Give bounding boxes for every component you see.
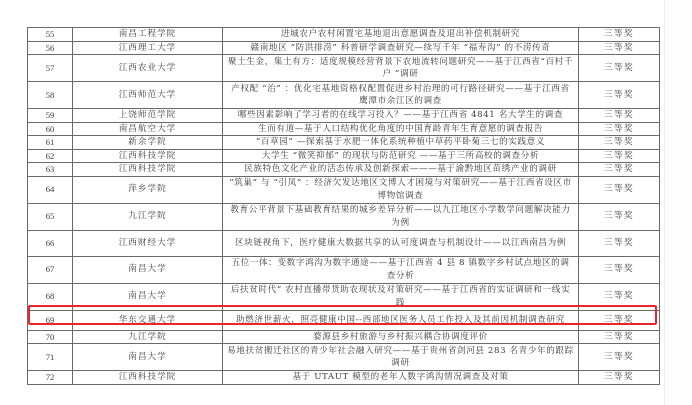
row-number: 60 bbox=[28, 122, 73, 136]
row-number: 72 bbox=[28, 371, 73, 385]
project-title: 助燃济世薪火，照亮健康中国--西部地区医务人员工作投入及其前因机制调查研究 bbox=[223, 310, 579, 330]
project-title: “筑巢” 与 “引凤” ：经济欠发达地区文博人才困境与对策研究——基于江西省设区… bbox=[223, 176, 579, 203]
school-name: 华东交通大学 bbox=[73, 310, 223, 330]
award-level: 三等奖 bbox=[579, 122, 660, 136]
project-title: 后扶贫时代” 农村直播带货助农现状及对策研究——基于江西省的实证调研和一线实践 bbox=[223, 283, 579, 310]
page-edge bbox=[664, 0, 692, 405]
row-number: 61 bbox=[28, 136, 73, 150]
school-name: 九江学院 bbox=[73, 330, 223, 344]
table-row: 71南昌大学易地扶贫搬迁社区的青少年社会融入研究——基于贵州省剑河县 283 名… bbox=[28, 344, 660, 371]
school-name: 萍乡学院 bbox=[73, 176, 223, 203]
row-number: 67 bbox=[28, 256, 73, 283]
table-row: 59上饶师范学院哪些因素影响了学习者的在线学习投入？——基于江西省 4841 名… bbox=[28, 109, 660, 123]
row-number: 69 bbox=[28, 310, 73, 330]
row-number: 56 bbox=[28, 41, 73, 55]
table-row: 67南昌大学五位一体：变数字鸿沟为数字通途——基于江西省 4 县 8 镇数字乡村… bbox=[28, 256, 660, 283]
table-row: 58江西师范大学产权配 “治” ：优化宅基地资格权配置促进乡村治理的可行路径研究… bbox=[28, 82, 660, 109]
award-level: 三等奖 bbox=[579, 149, 660, 163]
table-row: 55南昌工程学院进城农户农村闲置宅基地退出意愿调查及退出补偿机制研究三等奖 bbox=[28, 28, 660, 42]
table-row: 64萍乡学院“筑巢” 与 “引凤” ：经济欠发达地区文博人才困境与对策研究——基… bbox=[28, 176, 660, 203]
award-level: 三等奖 bbox=[579, 371, 660, 385]
row-number: 58 bbox=[28, 82, 73, 109]
award-level: 三等奖 bbox=[579, 163, 660, 177]
project-title: 基于 UTAUT 模型的老年人数字鸿沟情况调查及对策 bbox=[223, 371, 579, 385]
school-name: 江西农业大学 bbox=[73, 55, 223, 82]
table-row: 66江西财经大学区块链视角下，医疗健康大数据共享的认可度调查与机制设计——以江西… bbox=[28, 230, 660, 256]
school-name: 新余学院 bbox=[73, 136, 223, 150]
award-level: 三等奖 bbox=[579, 203, 660, 230]
project-title: 易地扶贫搬迁社区的青少年社会融入研究——基于贵州省剑河县 283 名青少年的跟踪… bbox=[223, 344, 579, 371]
row-number: 68 bbox=[28, 283, 73, 310]
award-level: 三等奖 bbox=[579, 82, 660, 109]
row-number: 70 bbox=[28, 330, 73, 344]
school-name: 江西财经大学 bbox=[73, 230, 223, 256]
award-level: 三等奖 bbox=[579, 256, 660, 283]
project-title: 民族特色文化产业的活态传承及创新探索———基于渝黔地区苗绣产业的调研 bbox=[223, 163, 579, 177]
project-title: 生而有道—基于人口结构优化角度的中国育龄青年生育意愿的调查报告 bbox=[223, 122, 579, 136]
row-number: 55 bbox=[28, 28, 73, 42]
award-level: 三等奖 bbox=[579, 283, 660, 310]
project-title: 教育公平背景下基础教育结果的城乡差异分析——以九江地区小学数学问题解决能力为例 bbox=[223, 203, 579, 230]
table-row: 68南昌大学后扶贫时代” 农村直播带货助农现状及对策研究——基于江西省的实证调研… bbox=[28, 283, 660, 310]
award-level: 三等奖 bbox=[579, 230, 660, 256]
project-title: 进城农户农村闲置宅基地退出意愿调查及退出补偿机制研究 bbox=[223, 28, 579, 42]
award-level: 三等奖 bbox=[579, 176, 660, 203]
award-level: 三等奖 bbox=[579, 136, 660, 150]
award-level: 三等奖 bbox=[579, 344, 660, 371]
award-level: 三等奖 bbox=[579, 310, 660, 330]
school-name: 南昌航空大学 bbox=[73, 122, 223, 136]
row-number: 71 bbox=[28, 344, 73, 371]
school-name: 南昌大学 bbox=[73, 256, 223, 283]
school-name: 南昌工程学院 bbox=[73, 28, 223, 42]
table-row: 63江西科技学院民族特色文化产业的活态传承及创新探索———基于渝黔地区苗绣产业的… bbox=[28, 163, 660, 177]
row-number: 66 bbox=[28, 230, 73, 256]
project-title: 区块链视角下，医疗健康大数据共享的认可度调查与机制设计——以江西南昌为例 bbox=[223, 230, 579, 256]
school-name: 江西科技学院 bbox=[73, 371, 223, 385]
table-row: 56江西理工大学赣南地区 “防洪排涝” 科普研学调查研究—续写千年 “福寿沟” … bbox=[28, 41, 660, 55]
school-name: 江西师范大学 bbox=[73, 82, 223, 109]
project-title: 五位一体：变数字鸿沟为数字通途——基于江西省 4 县 8 镇数字乡村试点地区的调… bbox=[223, 256, 579, 283]
row-number: 62 bbox=[28, 149, 73, 163]
school-name: 江西科技学院 bbox=[73, 163, 223, 177]
table-row: 57江西农业大学聚土生金，集土有方：适度规模经营背景下农地流转问题研究——基于江… bbox=[28, 55, 660, 82]
table-row: 70九江学院婺源县乡村旅游与乡村振兴耦合协调度评价三等奖 bbox=[28, 330, 660, 344]
project-title: “百草园” —探索基于水肥一体化系统种植中草药平卧菊三七的实践意义 bbox=[223, 136, 579, 150]
awards-table: 55南昌工程学院进城农户农村闲置宅基地退出意愿调查及退出补偿机制研究三等奖56江… bbox=[27, 27, 660, 385]
table-row: 60南昌航空大学生而有道—基于人口结构优化角度的中国育龄青年生育意愿的调查报告三… bbox=[28, 122, 660, 136]
school-name: 南昌大学 bbox=[73, 283, 223, 310]
row-number: 57 bbox=[28, 55, 73, 82]
document-page: 55南昌工程学院进城农户农村闲置宅基地退出意愿调查及退出补偿机制研究三等奖56江… bbox=[0, 0, 692, 405]
award-level: 三等奖 bbox=[579, 330, 660, 344]
school-name: 江西理工大学 bbox=[73, 41, 223, 55]
school-name: 南昌大学 bbox=[73, 344, 223, 371]
row-number: 63 bbox=[28, 163, 73, 177]
table-row: 62江西科技学院大学生 “微笑抑郁” 的现状与防范研究 ——基于三所高校的调查分… bbox=[28, 149, 660, 163]
row-number: 64 bbox=[28, 176, 73, 203]
project-title: 哪些因素影响了学习者的在线学习投入？——基于江西省 4841 名大学生的调查 bbox=[223, 109, 579, 123]
table-row: 72江西科技学院基于 UTAUT 模型的老年人数字鸿沟情况调查及对策三等奖 bbox=[28, 371, 660, 385]
award-level: 三等奖 bbox=[579, 55, 660, 82]
school-name: 九江学院 bbox=[73, 203, 223, 230]
project-title: 聚土生金，集土有方：适度规模经营背景下农地流转问题研究——基于江西省“百村千户 … bbox=[223, 55, 579, 82]
project-title: 大学生 “微笑抑郁” 的现状与防范研究 ——基于三所高校的调查分析 bbox=[223, 149, 579, 163]
award-level: 三等奖 bbox=[579, 28, 660, 42]
project-title: 婺源县乡村旅游与乡村振兴耦合协调度评价 bbox=[223, 330, 579, 344]
row-number: 65 bbox=[28, 203, 73, 230]
school-name: 上饶师范学院 bbox=[73, 109, 223, 123]
table-row-highlighted: 69华东交通大学助燃济世薪火，照亮健康中国--西部地区医务人员工作投入及其前因机… bbox=[28, 310, 660, 330]
award-level: 三等奖 bbox=[579, 109, 660, 123]
table-row: 65九江学院教育公平背景下基础教育结果的城乡差异分析——以九江地区小学数学问题解… bbox=[28, 203, 660, 230]
school-name: 江西科技学院 bbox=[73, 149, 223, 163]
table-row: 61新余学院“百草园” —探索基于水肥一体化系统种植中草药平卧菊三七的实践意义三… bbox=[28, 136, 660, 150]
row-number: 59 bbox=[28, 109, 73, 123]
award-level: 三等奖 bbox=[579, 41, 660, 55]
project-title: 产权配 “治” ：优化宅基地资格权配置促进乡村治理的可行路径研究——基于江西省鹰… bbox=[223, 82, 579, 109]
project-title: 赣南地区 “防洪排涝” 科普研学调查研究—续写千年 “福寿沟” 的不涝传奇 bbox=[223, 41, 579, 55]
